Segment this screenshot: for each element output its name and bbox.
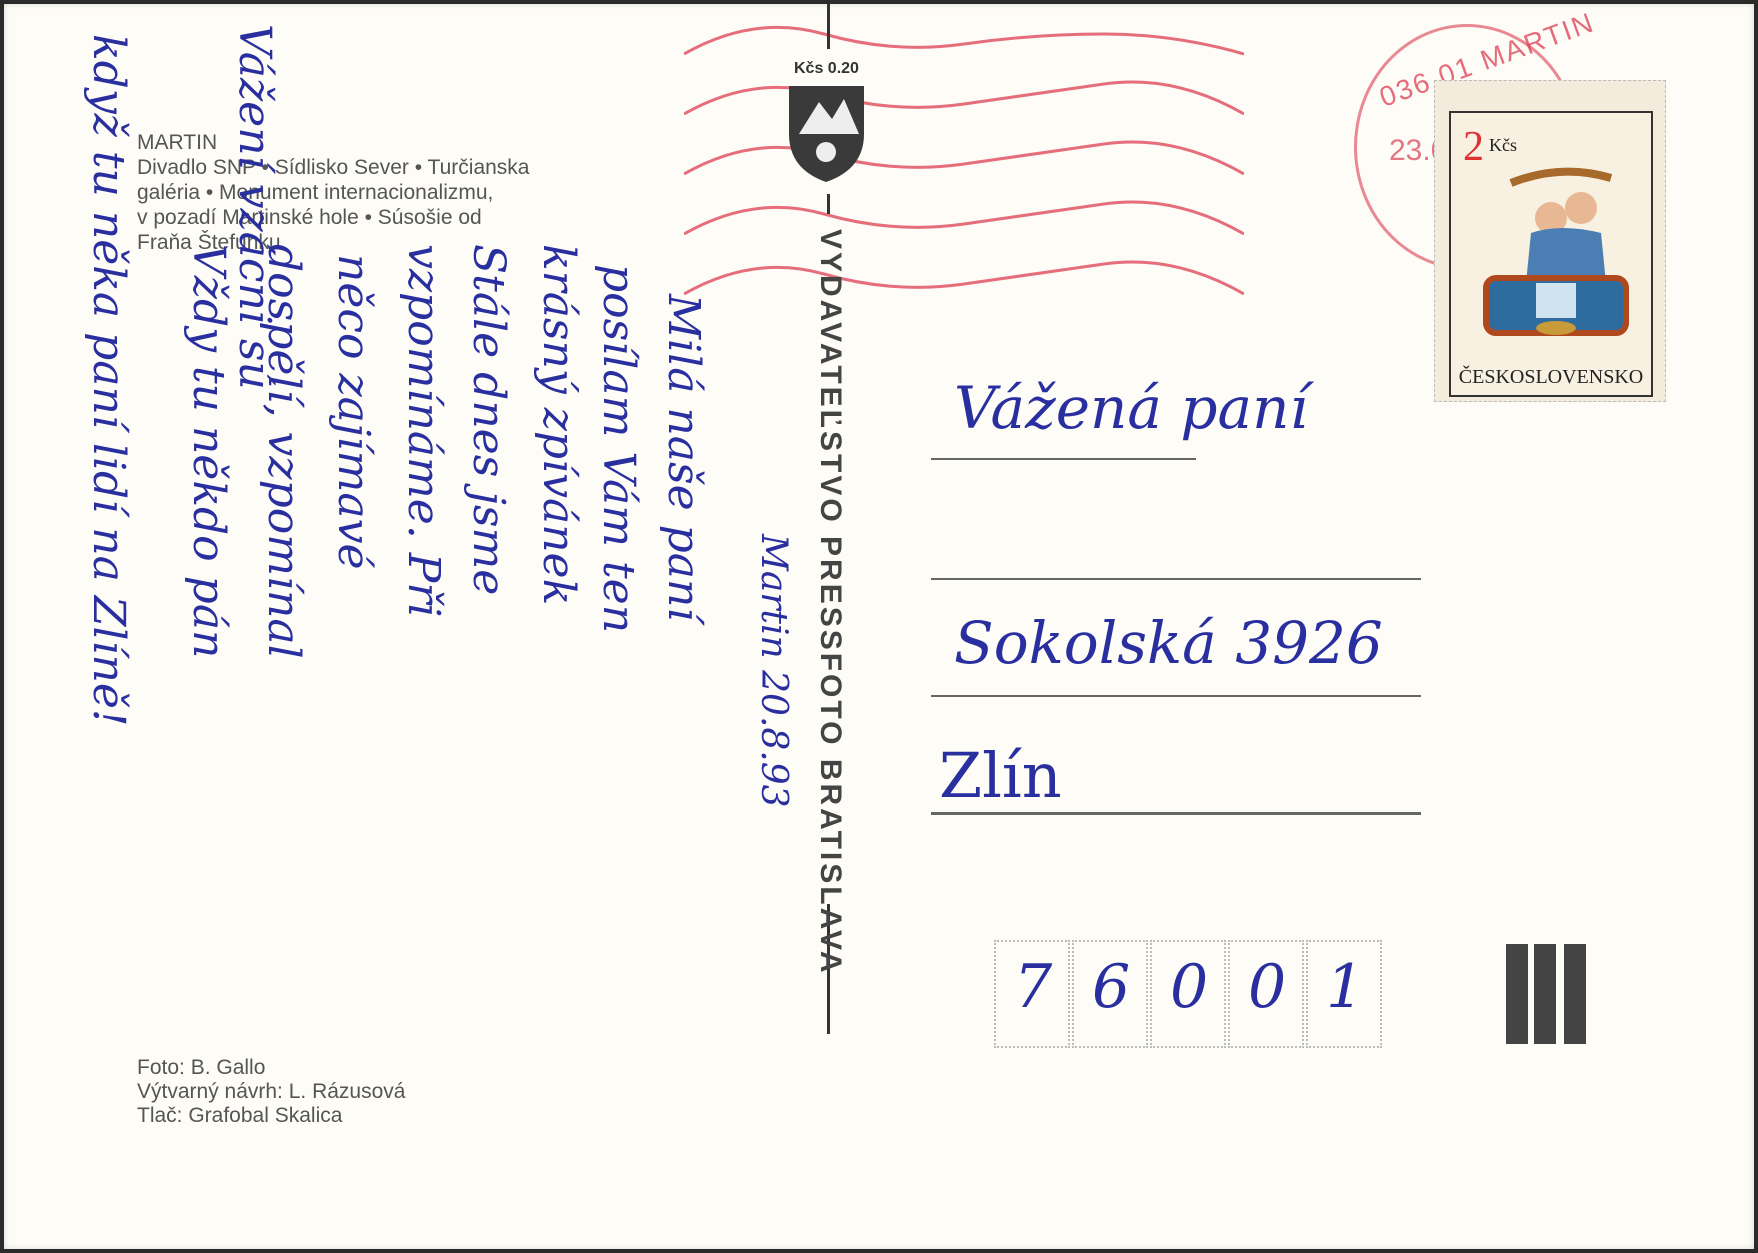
postcode-digit: 7 xyxy=(1014,952,1052,1022)
credit-line: Tlač: Grafobal Skalica xyxy=(137,1104,405,1128)
postcode-digit: 0 xyxy=(1170,952,1208,1022)
divider-line xyxy=(827,194,830,214)
handwritten-line: Vždy tu někdo pán xyxy=(183,244,234,658)
handwritten-date: Martin 20.8.93 xyxy=(753,534,794,808)
photo-caption: MARTIN Divadlo SNP • Sídlisko Sever • Tu… xyxy=(137,130,529,255)
postcode-bar xyxy=(1564,944,1586,1044)
credits: Foto: B. Gallo Výtvarný návrh: L. Rázuso… xyxy=(137,1056,405,1128)
postcode-digit: 0 xyxy=(1248,952,1286,1022)
handwritten-line: vzpomínáme. Při xyxy=(398,244,449,618)
address-line xyxy=(931,458,1196,460)
handwritten-line: když tu něka paní lidí na Zlíně! xyxy=(83,34,134,727)
postage-stamp: 2 Kčs ČESKOSLOVENSKO xyxy=(1434,80,1666,402)
postcard-back: Kčs 0.20 MARTIN Divadlo SNP • Sídlisko S… xyxy=(4,4,1754,1249)
divider-line xyxy=(827,4,830,49)
publisher-vertical: VYDAVATEĽSTVO PRESSFOTO BRATISLAVA xyxy=(813,229,847,976)
emblem-value: Kčs 0.20 xyxy=(794,60,859,78)
postcode-digit: 1 xyxy=(1326,952,1364,1022)
postcode-bar xyxy=(1506,944,1528,1044)
address-salutation: Vážená paní xyxy=(954,374,1308,442)
postcode-bar xyxy=(1534,944,1556,1044)
handwritten-line: dospělí, vzpomínal xyxy=(258,244,309,659)
credit-line: Foto: B. Gallo xyxy=(137,1056,405,1080)
handwritten-line: Stále dnes jsme xyxy=(463,244,514,595)
caption-line: Divadlo SNP • Sídlisko Sever • Turčiansk… xyxy=(137,155,529,180)
caption-line: galéria • Monument internacionalizmu, xyxy=(137,180,529,205)
stamp-country: ČESKOSLOVENSKO xyxy=(1451,366,1651,389)
handwritten-line: něco zajímavé xyxy=(328,254,379,569)
address-line xyxy=(931,578,1421,580)
handwritten-line: krásný zpívánek xyxy=(533,244,584,605)
handwritten-line: posílam Vám ten xyxy=(593,264,644,633)
caption-line: v pozadí Martinské hole • Súsošie od xyxy=(137,205,529,230)
credit-line: Výtvarný návrh: L. Rázusová xyxy=(137,1080,405,1104)
angels-organ-icon xyxy=(1471,163,1636,353)
handwritten-line: Milá naše paní xyxy=(658,294,709,621)
address-line xyxy=(931,812,1421,815)
stamp-currency: Kčs xyxy=(1489,135,1517,156)
address-line xyxy=(931,695,1421,697)
address-street: Sokolská 3926 xyxy=(954,609,1383,677)
postcode-digit: 6 xyxy=(1092,952,1130,1022)
address-city: Zlín xyxy=(939,739,1062,812)
caption-title: MARTIN xyxy=(137,130,529,155)
mountain-shield-icon: Kčs 0.20 xyxy=(764,64,889,189)
